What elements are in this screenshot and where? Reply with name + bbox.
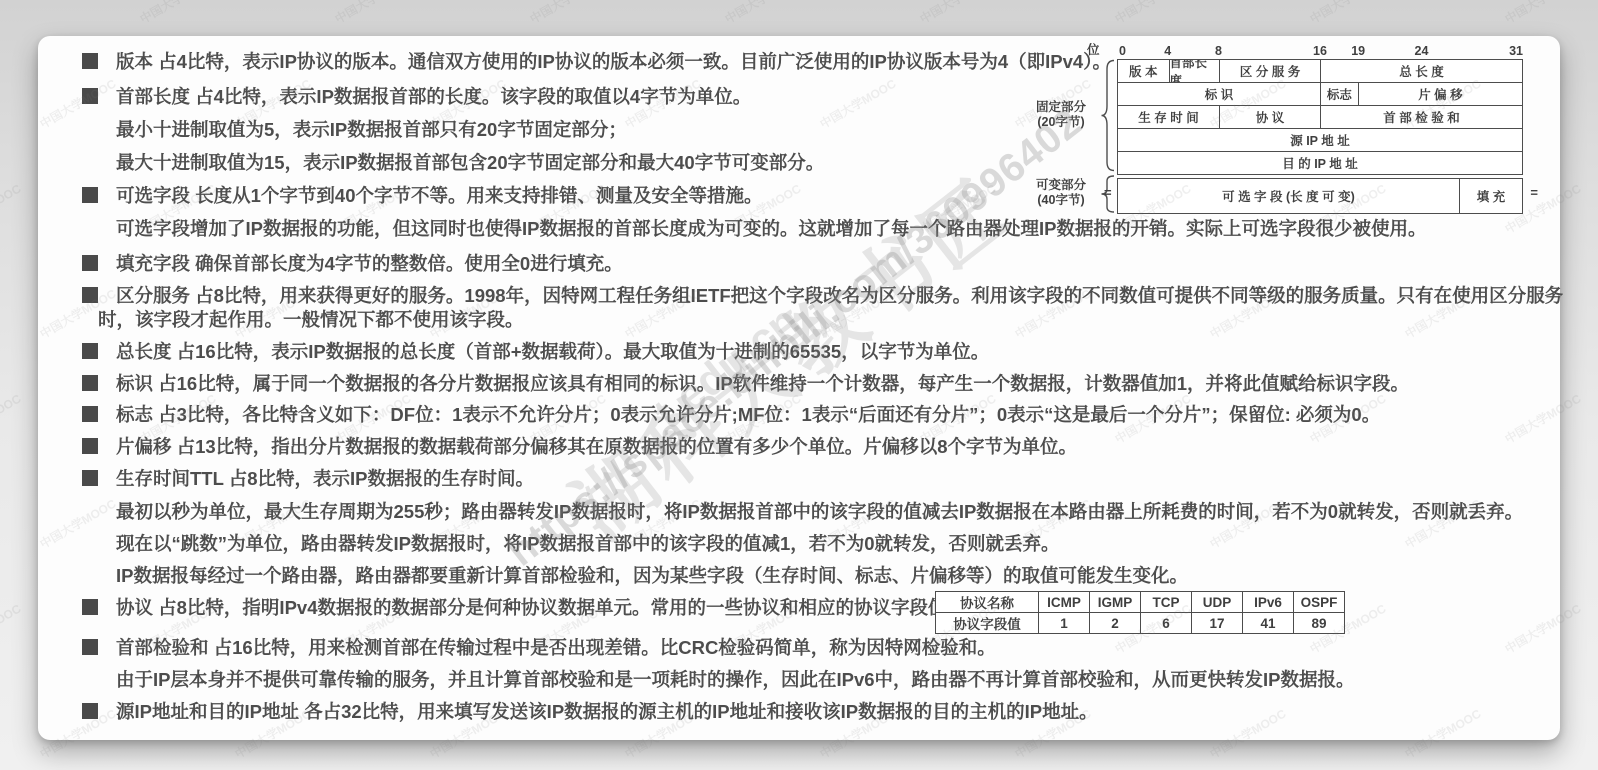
- line-text: 最大十进制取值为15，表示IP数据报首部包含20字节固定部分和最大40字节可变部…: [116, 152, 824, 173]
- mooc-watermark-tile: 中国大学MOOC: [0, 0, 24, 27]
- mooc-watermark-tile: 中国大学MOOC: [0, 390, 24, 447]
- protocol-table-row: 协议字段值126174189: [936, 612, 1344, 633]
- bullet-line-header-length: 首部长度 占4比特，表示IP数据报首部的长度。该字段的取值以4字节为单位。: [82, 85, 751, 109]
- field-dscp: 区 分 服 务: [1219, 60, 1320, 82]
- fixed-part-label-line1: 固定部分: [1025, 100, 1097, 115]
- bullet-line-protocol: 协议 占8比特，指明IPv4数据报的数据部分是何种协议数据单元。常用的一些协议和…: [82, 596, 1002, 620]
- sub-line: 最初以秒为单位，最大生存周期为255秒；路由器转发IP数据报时，将IP数据报首部…: [82, 500, 1523, 524]
- field-protocol: 协 议: [1219, 106, 1320, 128]
- bullet-square-icon: [82, 255, 98, 271]
- diagram-row: 可 选 字 段 (长 度 可 变)填 充: [1118, 179, 1522, 213]
- protocol-value-table: 协议名称ICMPIGMPTCPUDPIPv6OSPF协议字段值126174189: [935, 591, 1345, 634]
- bullet-square-icon: [82, 187, 98, 203]
- diagram-row: 源 IP 地 址: [1118, 128, 1522, 151]
- line-text: 填充字段 确保首部长度为4字节的整数倍。使用全0进行填充。: [116, 252, 623, 276]
- mooc-watermark-tile: 中国大学MOOC: [0, 180, 24, 237]
- bullet-line-dscp: 区分服务 占8比特，用来获得更好的服务。1998年，因特网工程任务组IETF把这…: [82, 284, 1563, 308]
- bit-tick-4: 4: [1164, 44, 1171, 58]
- line-text: 由于IP层本身并不提供可靠传输的服务，并且计算首部校验和是一项耗时的操作，因此在…: [116, 669, 1355, 690]
- bullet-square-icon: [82, 438, 98, 454]
- line-text: 版本 占4比特，表示IP协议的版本。通信双方使用的IP协议的版本必须一致。目前广…: [116, 50, 1111, 74]
- bullet-line-version: 版本 占4比特，表示IP协议的版本。通信双方使用的IP协议的版本必须一致。目前广…: [82, 50, 1111, 74]
- line-text: 源IP地址和目的IP地址 各占32比特，用来填写发送该IP数据报的源主机的IP地…: [116, 700, 1098, 724]
- slide-background: { "lines": [ {"text": "版本 占4比特，表示IP协议的版本…: [0, 0, 1598, 770]
- bit-tick-0: 0: [1119, 44, 1126, 58]
- bit-tick-16: 16: [1313, 44, 1327, 58]
- line-text: 现在以“跳数”为单位，路由器转发IP数据报时，将IP数据报首部中的该字段的值减1…: [116, 533, 1060, 554]
- bullet-square-icon: [82, 470, 98, 486]
- bit-tick-8: 8: [1215, 44, 1222, 58]
- bullet-square-icon: [82, 343, 98, 359]
- protocol-value-cell: 17: [1191, 613, 1242, 633]
- bullet-line-ttl: 生存时间TTL 占8比特，表示IP数据报的生存时间。: [82, 467, 534, 491]
- fixed-part-label: 固定部分 (20字节): [1025, 100, 1097, 130]
- field-identification: 标 识: [1118, 83, 1320, 105]
- line-text: 区分服务 占8比特，用来获得更好的服务。1998年，因特网工程任务组IETF把这…: [116, 284, 1563, 308]
- bullet-square-icon: [82, 599, 98, 615]
- protocol-name-cell: IGMP: [1089, 592, 1140, 612]
- bullet-square-icon: [82, 88, 98, 104]
- diagram-row: 标 识标志片 偏 移: [1118, 82, 1522, 105]
- variable-part-label-line2: (40字节): [1025, 193, 1097, 208]
- field-source-ip: 源 IP 地 址: [1118, 129, 1522, 151]
- field-total-length: 总 长 度: [1320, 60, 1522, 82]
- sub-line: 由于IP层本身并不提供可靠传输的服务，并且计算首部校验和是一项耗时的操作，因此在…: [82, 668, 1355, 692]
- protocol-name-cell: ICMP: [1038, 592, 1089, 612]
- bullet-square-icon: [82, 703, 98, 719]
- fixed-part-label-line2: (20字节): [1025, 115, 1097, 130]
- diagram-row: 生 存 时 间协 议首 部 检 验 和: [1118, 105, 1522, 128]
- line-text: 可选字段 长度从1个字节到40个字节不等。用来支持排错、测量及安全等措施。: [116, 184, 763, 208]
- sub-line: 可选字段增加了IP数据报的功能，但这同时也使得IP数据报的首部长度成为可变的。这…: [82, 217, 1426, 241]
- protocol-value-cell: 2: [1089, 613, 1140, 633]
- protocol-name-cell: UDP: [1191, 592, 1242, 612]
- line-text: IP数据报每经过一个路由器，路由器都要重新计算首部检验和，因为某些字段（生存时间…: [116, 565, 1188, 586]
- bit-scale: 位 0 4 8 16 19 24 31: [1117, 44, 1523, 59]
- mooc-watermark-tile: 中国大学MOOC: [1501, 0, 1583, 27]
- protocol-name-cell: TCP: [1140, 592, 1191, 612]
- bullet-square-icon: [82, 287, 98, 303]
- diagram-row: 版 本首部长度区 分 服 务总 长 度: [1118, 60, 1522, 82]
- protocol-value-cell: 89: [1293, 613, 1344, 633]
- mooc-watermark-tile: 中国大学MOOC: [1306, 0, 1388, 27]
- bullet-line-flags: 标志 占3比特，各比特含义如下：DF位：1表示不允许分片；0表示允许分片;MF位…: [82, 403, 1380, 427]
- line-text: 最初以秒为单位，最大生存周期为255秒；路由器转发IP数据报时，将IP数据报首部…: [116, 501, 1523, 522]
- bullet-line-identification: 标识 占16比特，属于同一个数据报的各分片数据报应该具有相同的标识。IP软件维持…: [82, 372, 1409, 396]
- sub-line: 最小十进制取值为5，表示IP数据报首部只有20字节固定部分；: [82, 118, 627, 142]
- mooc-watermark-tile: 中国大学MOOC: [721, 0, 803, 27]
- field-header-length: 首部长度: [1169, 60, 1220, 82]
- protocol-value-cell: 6: [1140, 613, 1191, 633]
- variable-part-grid: 可 选 字 段 (长 度 可 变)填 充: [1117, 178, 1523, 214]
- diagram-row: 目 的 IP 地 址: [1118, 151, 1522, 174]
- protocol-value-cell: 41: [1242, 613, 1293, 633]
- fixed-part-grid: 版 本首部长度区 分 服 务总 长 度标 识标志片 偏 移生 存 时 间协 议首…: [1117, 59, 1523, 175]
- field-padding: 填 充: [1459, 179, 1522, 213]
- line-text: 协议 占8比特，指明IPv4数据报的数据部分是何种协议数据单元。常用的一些协议和…: [116, 596, 1002, 620]
- bullet-square-icon: [82, 375, 98, 391]
- field-fragment-offset: 片 偏 移: [1358, 83, 1522, 105]
- line-text: 时，该字段才起作用。一般情况下都不使用该字段。: [98, 309, 524, 330]
- slide-card: 版本 占4比特，表示IP协议的版本。通信双方使用的IP协议的版本必须一致。目前广…: [38, 36, 1560, 740]
- field-flags: 标志: [1320, 83, 1358, 105]
- field-header-checksum: 首 部 检 验 和: [1320, 106, 1522, 128]
- line-text: 片偏移 占13比特，指出分片数据报的数据载荷部分偏移其在原数据报的位置有多少个单…: [116, 435, 1077, 459]
- line-text: 最小十进制取值为5，表示IP数据报首部只有20字节固定部分；: [116, 119, 627, 140]
- line-text: 总长度 占16比特，表示IP数据报的总长度（首部+数据载荷）。最大取值为十进制的…: [116, 340, 989, 364]
- field-options: 可 选 字 段 (长 度 可 变): [1118, 179, 1459, 213]
- variable-part-label: 可变部分 (40字节): [1025, 178, 1097, 208]
- protocol-name-cell: IPv6: [1242, 592, 1293, 612]
- mooc-watermark-tile: 中国大学MOOC: [1111, 0, 1193, 27]
- sub-line: 最大十进制取值为15，表示IP数据报首部包含20字节固定部分和最大40字节可变部…: [82, 151, 824, 175]
- bullet-square-icon: [82, 639, 98, 655]
- bullet-line-ip-addresses: 源IP地址和目的IP地址 各占32比特，用来填写发送该IP数据报的源主机的IP地…: [82, 700, 1098, 724]
- field-ttl: 生 存 时 间: [1118, 106, 1219, 128]
- mooc-watermark-tile: 中国大学MOOC: [526, 0, 608, 27]
- sub-line: IP数据报每经过一个路由器，路由器都要重新计算首部检验和，因为某些字段（生存时间…: [82, 564, 1188, 588]
- bullet-line-padding: 填充字段 确保首部长度为4字节的整数倍。使用全0进行填充。: [82, 252, 623, 276]
- mooc-watermark-tile: 中国大学MOOC: [0, 600, 24, 657]
- bullet-line-options: 可选字段 长度从1个字节到40个字节不等。用来支持排错、测量及安全等措施。: [82, 184, 763, 208]
- mooc-watermark-tile: 中国大学MOOC: [136, 0, 218, 27]
- tear-mark-left: =: [1104, 185, 1112, 200]
- line-text: 可选字段增加了IP数据报的功能，但这同时也使得IP数据报的首部长度成为可变的。这…: [116, 218, 1426, 239]
- line-text: 首部长度 占4比特，表示IP数据报首部的长度。该字段的取值以4字节为单位。: [116, 85, 751, 109]
- bit-unit-label: 位: [1087, 40, 1100, 58]
- line-text: 标志 占3比特，各比特含义如下：DF位：1表示不允许分片；0表示允许分片;MF位…: [116, 403, 1380, 427]
- bullet-line-fragment-offset: 片偏移 占13比特，指出分片数据报的数据载荷部分偏移其在原数据报的位置有多少个单…: [82, 435, 1077, 459]
- bullet-square-icon: [82, 406, 98, 422]
- fixed-part-brace: [1100, 59, 1116, 172]
- protocol-name-cell: OSPF: [1293, 592, 1344, 612]
- protocol-table-row: 协议名称ICMPIGMPTCPUDPIPv6OSPF: [936, 592, 1344, 612]
- sub-line: 现在以“跳数”为单位，路由器转发IP数据报时，将IP数据报首部中的该字段的值减1…: [82, 532, 1060, 556]
- field-version: 版 本: [1118, 60, 1169, 82]
- protocol-value-cell: 1: [1038, 613, 1089, 633]
- tear-mark-right: =: [1530, 185, 1538, 200]
- bit-tick-31: 31: [1509, 44, 1523, 58]
- bullet-line-total-length: 总长度 占16比特，表示IP数据报的总长度（首部+数据载荷）。最大取值为十进制的…: [82, 340, 989, 364]
- bit-tick-19: 19: [1351, 44, 1365, 58]
- bullet-square-icon: [82, 53, 98, 69]
- mooc-watermark-tile: 中国大学MOOC: [331, 0, 413, 27]
- mooc-watermark-tile: 中国大学MOOC: [916, 0, 998, 27]
- line-text: 标识 占16比特，属于同一个数据报的各分片数据报应该具有相同的标识。IP软件维持…: [116, 372, 1409, 396]
- line-text: 生存时间TTL 占8比特，表示IP数据报的生存时间。: [116, 467, 534, 491]
- protocol-name-cell: 协议名称: [936, 592, 1038, 612]
- line-text: 首部检验和 占16比特，用来检测首部在传输过程中是否出现差错。比CRC检验码简单…: [116, 636, 996, 660]
- protocol-value-cell: 协议字段值: [936, 613, 1038, 633]
- ip-header-diagram: 位 0 4 8 16 19 24 31 版 本首部长度区 分 服 务总 长 度标…: [1117, 44, 1523, 214]
- field-dest-ip: 目 的 IP 地 址: [1118, 152, 1522, 174]
- variable-part-label-line1: 可变部分: [1025, 178, 1097, 193]
- bit-tick-24: 24: [1415, 44, 1429, 58]
- wrapped-line: 时，该字段才起作用。一般情况下都不使用该字段。: [82, 308, 524, 332]
- bullet-line-header-checksum: 首部检验和 占16比特，用来检测首部在传输过程中是否出现差错。比CRC检验码简单…: [82, 636, 996, 660]
